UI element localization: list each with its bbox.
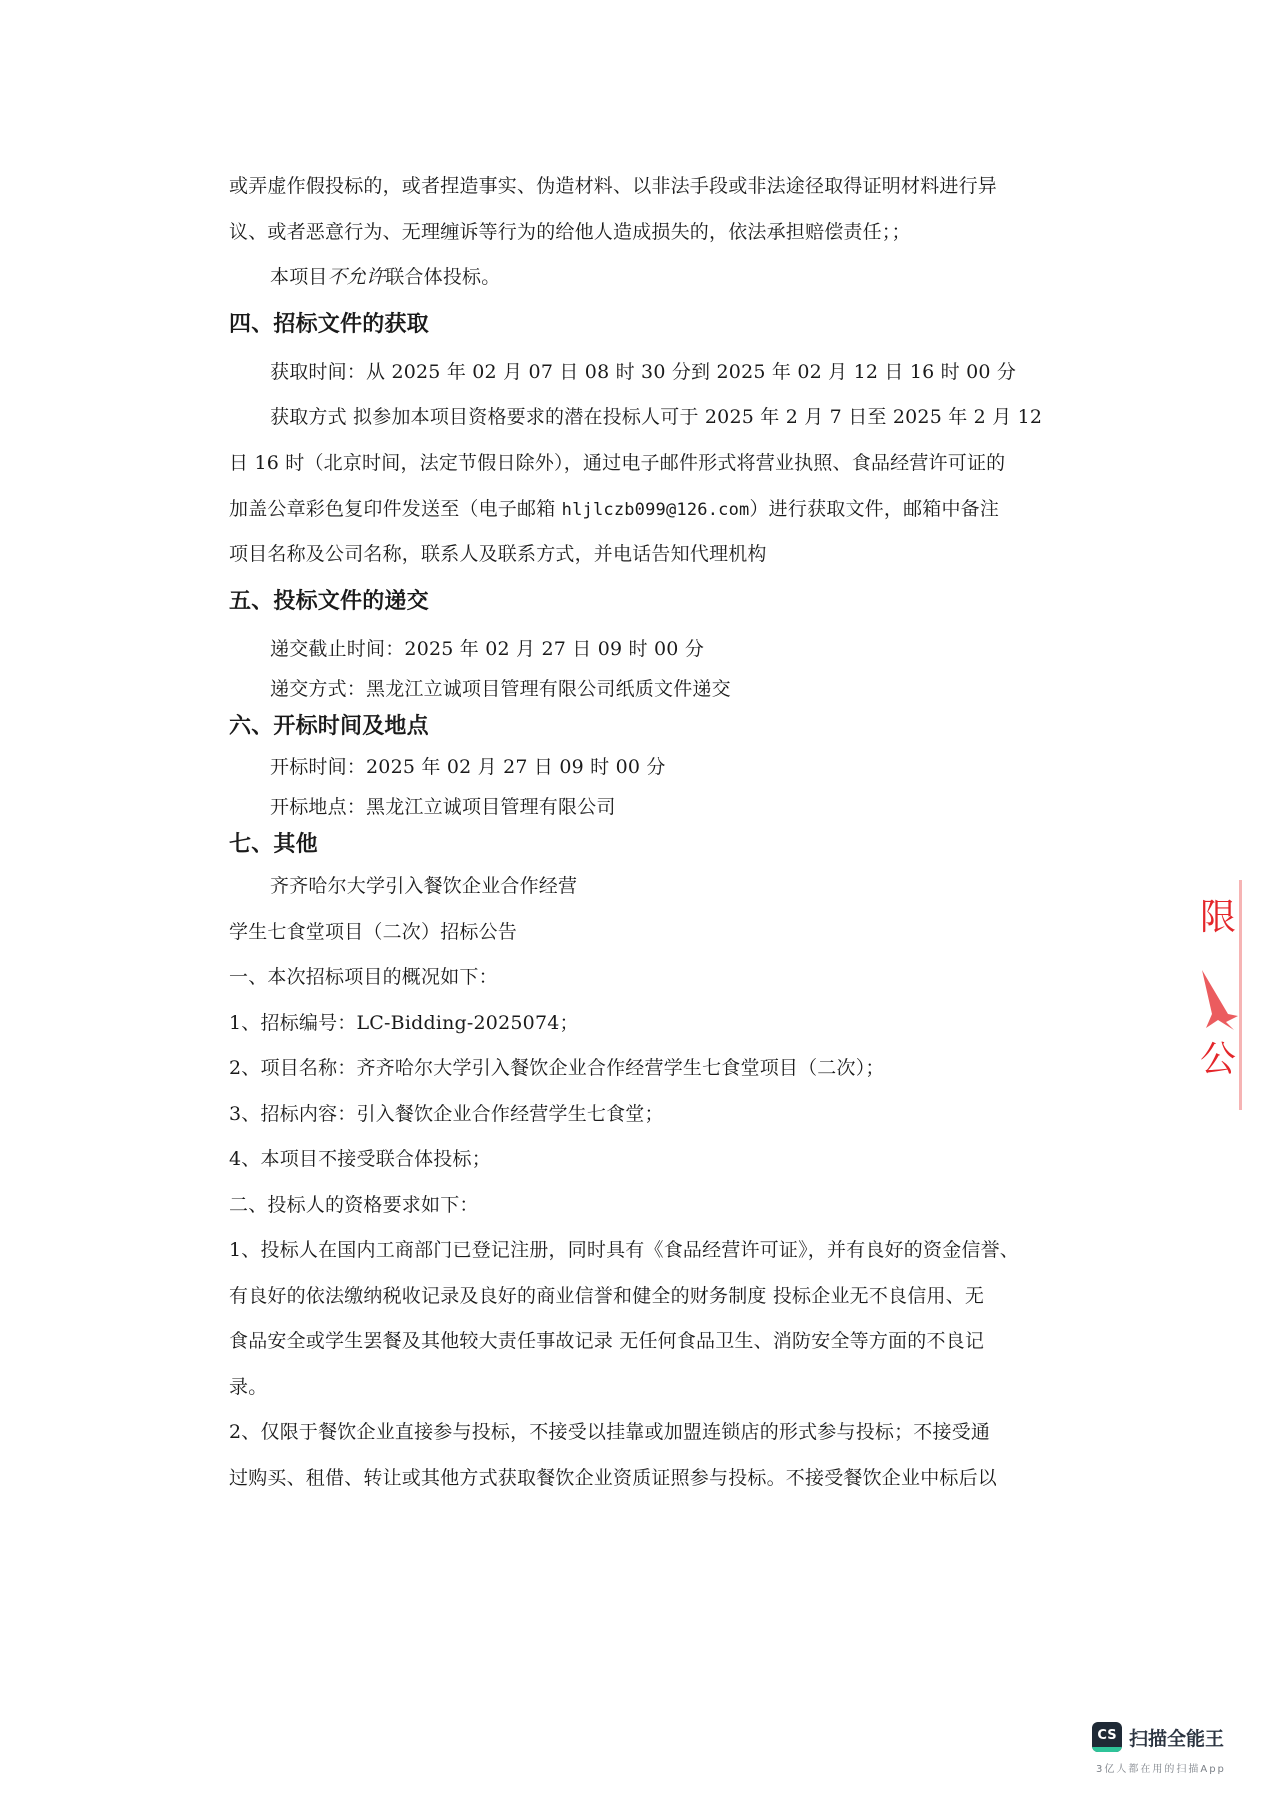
qualification-text: 过购买、租借、转让或其他方式获取餐饮企业资质证照参与投标。不接受餐饮企业中标后以 <box>229 1466 997 1490</box>
list-item: 1、招标编号：LC-Bidding-2025074； <box>229 1011 579 1035</box>
method-prefix: 加盖公章彩色复印件发送至（电子邮箱 <box>229 498 562 520</box>
acquisition-time: 获取时间：从 2025 年 02 月 07 日 08 时 30 分到 2025 … <box>270 360 1016 384</box>
consortium-emphasis: 不允许 <box>328 266 386 288</box>
acquisition-method: 获取方式 拟参加本项目资格要求的潜在投标人可于 2025 年 2 月 7 日至 … <box>270 405 1042 429</box>
list-item: 4、本项目不接受联合体投标； <box>229 1147 491 1171</box>
qualification-text: 有良好的依法缴纳税收记录及良好的商业信誉和健全的财务制度 投标企业无不良信用、无 <box>229 1284 984 1308</box>
acquisition-method: 加盖公章彩色复印件发送至（电子邮箱 hljlczb099@126.com）进行获… <box>229 497 999 522</box>
qualification-text: 食品安全或学生罢餐及其他较大责任事故记录 无任何食品卫生、消防安全等方面的不良记 <box>229 1329 984 1353</box>
camscanner-tagline: 3亿人都在用的扫描App <box>1096 1760 1226 1775</box>
subsection-heading: 二、投标人的资格要求如下： <box>229 1193 479 1217</box>
seal-char: 公 <box>1200 1040 1236 1080</box>
method-suffix: ）进行获取文件，邮箱中备注 <box>749 498 999 520</box>
email-address: hljlczb099@126.com <box>562 500 750 520</box>
consortium-suffix: 联合体投标。 <box>385 266 500 288</box>
list-item: 2、项目名称：齐齐哈尔大学引入餐饮企业合作经营学生七食堂项目（二次）； <box>229 1056 885 1080</box>
section-heading: 四、招标文件的获取 <box>229 313 429 337</box>
list-item: 3、招标内容：引入餐饮企业合作经营学生七食堂； <box>229 1102 664 1126</box>
submission-deadline: 递交截止时间：2025 年 02 月 27 日 09 时 00 分 <box>270 637 704 661</box>
camscanner-app-name: 扫描全能王 <box>1129 1724 1224 1751</box>
camscanner-watermark: CS 扫描全能王 3亿人都在用的扫描App <box>1092 1722 1262 1782</box>
announcement-title: 齐齐哈尔大学引入餐饮企业合作经营 <box>270 874 577 898</box>
camscanner-logo-icon: CS <box>1092 1722 1122 1752</box>
opening-place: 开标地点：黑龙江立诚项目管理有限公司 <box>270 795 616 819</box>
submission-method: 递交方式：黑龙江立诚项目管理有限公司纸质文件递交 <box>270 677 731 701</box>
subsection-heading: 一、本次招标项目的概况如下： <box>229 965 498 989</box>
consortium-note: 本项目不允许联合体投标。 <box>270 265 500 289</box>
section-heading: 六、开标时间及地点 <box>229 715 429 739</box>
paragraph-line: 或弄虚作假投标的，或者捏造事实、伪造材料、以非法手段或非法途径取得证明材料进行异 <box>229 174 997 198</box>
paragraph-line: 议、或者恶意行为、无理缠诉等行为的给他人造成损失的，依法承担赔偿责任；； <box>229 220 911 244</box>
announcement-title: 学生七食堂项目（二次）招标公告 <box>229 920 517 944</box>
section-heading: 七、其他 <box>229 833 318 857</box>
acquisition-method: 项目名称及公司名称，联系人及联系方式，并电话告知代理机构 <box>229 542 767 566</box>
acquisition-method: 日 16 时（北京时间，法定节假日除外），通过电子邮件形式将营业执照、食品经营许… <box>229 451 1005 475</box>
qualification-text: 录。 <box>229 1375 267 1399</box>
consortium-prefix: 本项目 <box>270 266 328 288</box>
qualification-text: 2、仅限于餐饮企业直接参与投标，不接受以挂靠或加盟连锁店的形式参与投标；不接受通 <box>229 1420 990 1444</box>
red-seal-stamp: 限 公 <box>1196 880 1242 1110</box>
seal-char: 限 <box>1200 898 1236 938</box>
scanned-page: 或弄虚作假投标的，或者捏造事实、伪造材料、以非法手段或非法途径取得证明材料进行异… <box>0 0 1267 1793</box>
opening-time: 开标时间：2025 年 02 月 27 日 09 时 00 分 <box>270 755 666 779</box>
section-heading: 五、投标文件的递交 <box>229 590 429 614</box>
seal-star-icon <box>1198 970 1238 1030</box>
qualification-text: 1、投标人在国内工商部门已登记注册，同时具有《食品经营许可证》，并有良好的资金信… <box>229 1238 1019 1262</box>
seal-edge <box>1239 880 1242 1110</box>
